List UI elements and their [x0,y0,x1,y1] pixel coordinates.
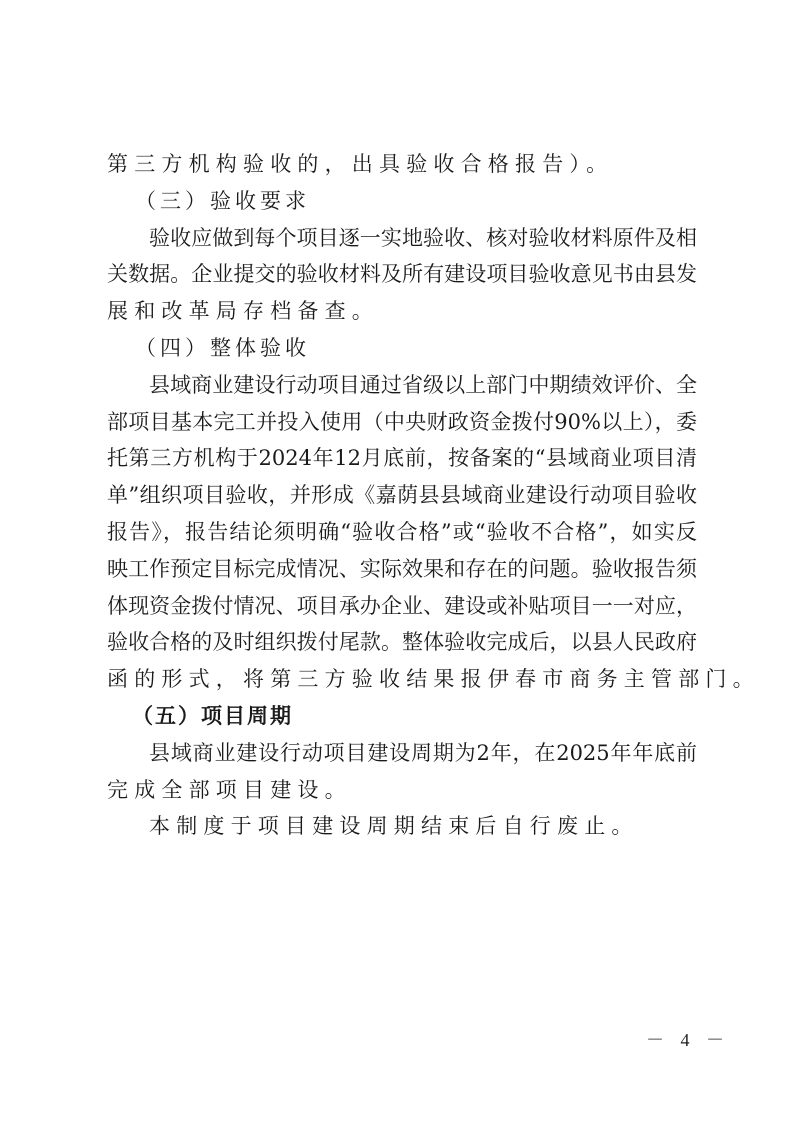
text-line: 报告》，报告结论须明确“验收合格”或“验收不合格”，如实反 [107,514,697,551]
document-page: 第三方机构验收的，出具验收合格报告）。 （三）验收要求 验收应做到每个项目逐一实… [107,146,697,845]
text-line: 单”组织项目验收，并形成《嘉荫县县域商业建设行动项目验收 [107,477,697,514]
text-line: 第三方机构验收的，出具验收合格报告）。 [107,146,697,183]
page-number: － 4 － [646,1026,730,1052]
section-heading-3: （三）验收要求 [107,183,697,220]
section-heading-4: （四）整体验收 [107,330,697,367]
text-line: 函的形式，将第三方验收结果报伊春市商务主管部门。 [107,661,697,698]
text-line: 体现资金拨付情况、项目承办企业、建设或补贴项目一一对应， [107,588,697,625]
text-line: 关数据。企业提交的验收材料及所有建设项目验收意见书由县发 [107,256,697,293]
text-line: 验收合格的及时组织拨付尾款。整体验收完成后，以县人民政府 [107,624,697,661]
text-line: 部项目基本完工并投入使用（中央财政资金拨付90%以上），委 [107,404,697,441]
text-line: 本制度于项目建设周期结束后自行废止。 [107,808,697,845]
text-line: 验收应做到每个项目逐一实地验收、核对验收材料原件及相 [107,220,697,257]
text-line: 县域商业建设行动项目通过省级以上部门中期绩效评价、全 [107,367,697,404]
text-line: 映工作预定目标完成情况、实际效果和存在的问题。验收报告须 [107,551,697,588]
text-line: 完成全部项目建设。 [107,772,697,809]
text-line: 展和改革局存档备查。 [107,293,697,330]
section-heading-5: （五）项目周期 [107,698,697,735]
text-line: 托第三方机构于2024年12月底前，按备案的“县域商业项目清 [107,440,697,477]
text-line: 县域商业建设行动项目建设周期为2年，在2025年年底前 [107,735,697,772]
